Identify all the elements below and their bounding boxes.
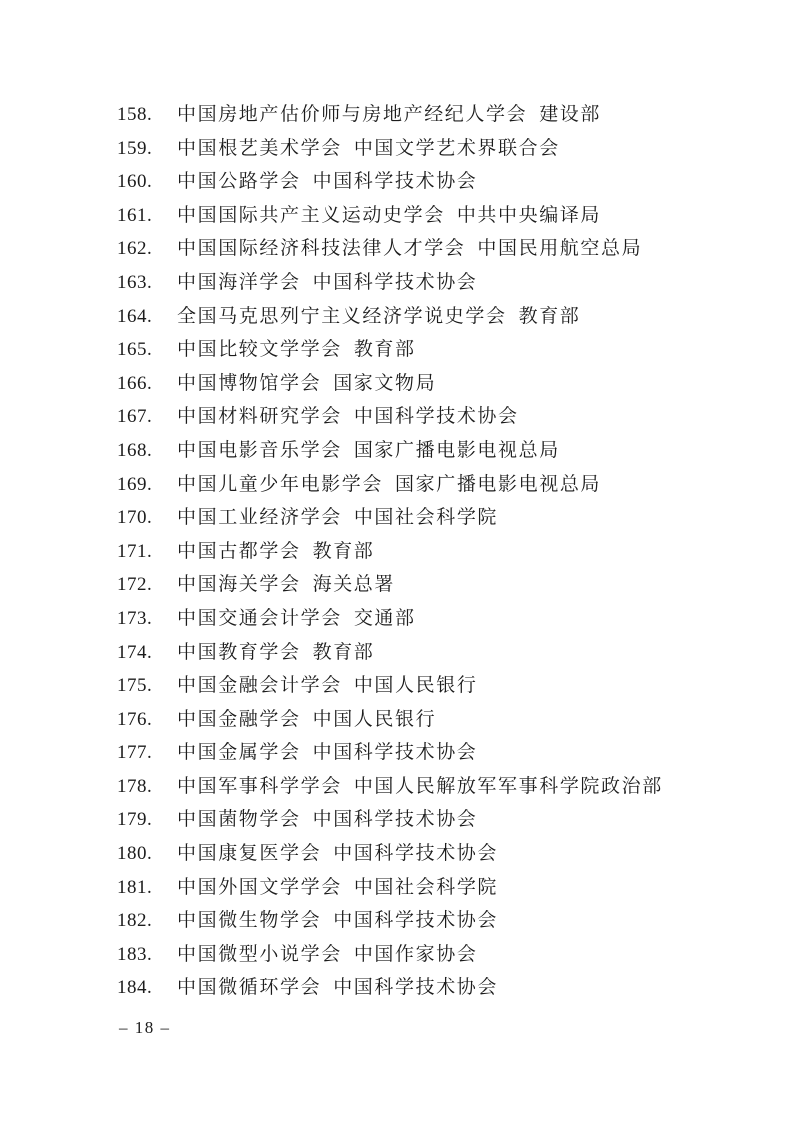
item-text: 中国教育学会教育部 [177, 636, 374, 670]
authority-name: 中国科学技术协会 [354, 406, 519, 427]
item-text: 中国比较文学学会教育部 [177, 333, 416, 367]
list-item: 163. 中国海洋学会中国科学技术协会 [117, 266, 663, 300]
authority-name: 国家广播电影电视总局 [354, 440, 560, 461]
item-text: 中国微型小说学会中国作家协会 [177, 938, 477, 972]
item-text: 中国电影音乐学会国家广播电影电视总局 [177, 434, 560, 468]
authority-name: 教育部 [313, 541, 375, 562]
item-text: 中国房地产估价师与房地产经纪人学会建设部 [177, 98, 601, 132]
authority-name: 中国科学技术协会 [313, 171, 478, 192]
authority-name: 中国民用航空总局 [477, 238, 642, 259]
list-item: 180. 中国康复医学会中国科学技术协会 [117, 837, 663, 871]
item-text: 中国古都学会教育部 [177, 535, 374, 569]
society-name: 中国材料研究学会 [177, 406, 342, 427]
authority-name: 交通部 [354, 608, 416, 629]
list-item: 169. 中国儿童少年电影学会国家广播电影电视总局 [117, 468, 663, 502]
authority-name: 中国作家协会 [354, 944, 478, 965]
item-text: 中国微生物学会中国科学技术协会 [177, 904, 498, 938]
item-text: 中国外国文学学会中国社会科学院 [177, 871, 498, 905]
authority-name: 国家广播电影电视总局 [395, 474, 601, 495]
item-number: 184. [117, 971, 177, 1005]
list-item: 174. 中国教育学会教育部 [117, 636, 663, 670]
item-number: 158. [117, 98, 177, 132]
item-number: 163. [117, 266, 177, 300]
item-text: 中国国际经济科技法律人才学会中国民用航空总局 [177, 232, 642, 266]
society-name: 中国古都学会 [177, 541, 301, 562]
item-number: 183. [117, 938, 177, 972]
item-text: 中国金融学会中国人民银行 [177, 703, 436, 737]
authority-name: 教育部 [354, 339, 416, 360]
authority-name: 中国文学艺术界联合会 [354, 138, 560, 159]
item-text: 中国金融会计学会中国人民银行 [177, 669, 477, 703]
item-text: 中国国际共产主义运动史学会中共中央编译局 [177, 199, 601, 233]
item-number: 162. [117, 232, 177, 266]
item-number: 176. [117, 703, 177, 737]
item-number: 169. [117, 468, 177, 502]
list-item: 173. 中国交通会计学会交通部 [117, 602, 663, 636]
item-number: 161. [117, 199, 177, 233]
item-text: 中国金属学会中国科学技术协会 [177, 736, 477, 770]
item-text: 中国菌物学会中国科学技术协会 [177, 803, 477, 837]
item-number: 167. [117, 400, 177, 434]
society-name: 中国电影音乐学会 [177, 440, 342, 461]
society-name: 中国根艺美术学会 [177, 138, 342, 159]
item-number: 159. [117, 132, 177, 166]
society-name: 中国交通会计学会 [177, 608, 342, 629]
society-name: 中国博物馆学会 [177, 373, 321, 394]
list-item: 164. 全国马克思列宁主义经济学说史学会教育部 [117, 300, 663, 334]
list-item: 166. 中国博物馆学会国家文物局 [117, 367, 663, 401]
list-item: 171. 中国古都学会教育部 [117, 535, 663, 569]
list-item: 160. 中国公路学会中国科学技术协会 [117, 165, 663, 199]
society-name: 中国金属学会 [177, 742, 301, 763]
item-text: 中国儿童少年电影学会国家广播电影电视总局 [177, 468, 601, 502]
item-number: 160. [117, 165, 177, 199]
list-item: 167. 中国材料研究学会中国科学技术协会 [117, 400, 663, 434]
list-item: 172. 中国海关学会海关总署 [117, 568, 663, 602]
society-name: 中国公路学会 [177, 171, 301, 192]
authority-name: 中国社会科学院 [354, 877, 498, 898]
item-text: 中国海关学会海关总署 [177, 568, 395, 602]
page-number: – 18 – [119, 1018, 171, 1037]
item-number: 173. [117, 602, 177, 636]
society-name: 中国海洋学会 [177, 272, 301, 293]
item-text: 中国材料研究学会中国科学技术协会 [177, 400, 519, 434]
list-item: 178. 中国军事科学学会中国人民解放军军事科学院政治部 [117, 770, 663, 804]
item-text: 中国海洋学会中国科学技术协会 [177, 266, 477, 300]
page-footer: – 18 – [119, 1014, 171, 1042]
item-text: 中国公路学会中国科学技术协会 [177, 165, 477, 199]
authority-name: 建设部 [539, 104, 601, 125]
authority-name: 国家文物局 [333, 373, 436, 394]
society-name: 全国马克思列宁主义经济学说史学会 [177, 306, 507, 327]
society-name: 中国外国文学学会 [177, 877, 342, 898]
society-name: 中国金融会计学会 [177, 675, 342, 696]
society-name: 中国比较文学学会 [177, 339, 342, 360]
document-page: 158. 中国房地产估价师与房地产经纪人学会建设部 159. 中国根艺美术学会中… [0, 0, 793, 1122]
society-list: 158. 中国房地产估价师与房地产经纪人学会建设部 159. 中国根艺美术学会中… [117, 98, 663, 1005]
item-number: 170. [117, 501, 177, 535]
item-number: 181. [117, 871, 177, 905]
authority-name: 中国科学技术协会 [333, 843, 498, 864]
item-text: 中国康复医学会中国科学技术协会 [177, 837, 498, 871]
society-name: 中国康复医学会 [177, 843, 321, 864]
society-name: 中国教育学会 [177, 642, 301, 663]
list-item: 175. 中国金融会计学会中国人民银行 [117, 669, 663, 703]
authority-name: 中国科学技术协会 [333, 910, 498, 931]
list-item: 177. 中国金属学会中国科学技术协会 [117, 736, 663, 770]
item-number: 168. [117, 434, 177, 468]
list-item: 181. 中国外国文学学会中国社会科学院 [117, 871, 663, 905]
item-text: 全国马克思列宁主义经济学说史学会教育部 [177, 300, 580, 334]
society-name: 中国菌物学会 [177, 809, 301, 830]
list-item: 184. 中国微循环学会中国科学技术协会 [117, 971, 663, 1005]
society-name: 中国国际经济科技法律人才学会 [177, 238, 465, 259]
society-name: 中国房地产估价师与房地产经纪人学会 [177, 104, 527, 125]
authority-name: 中共中央编译局 [457, 205, 601, 226]
item-number: 177. [117, 736, 177, 770]
authority-name: 中国科学技术协会 [333, 977, 498, 998]
society-name: 中国金融学会 [177, 709, 301, 730]
item-text: 中国军事科学学会中国人民解放军军事科学院政治部 [177, 770, 663, 804]
society-name: 中国工业经济学会 [177, 507, 342, 528]
list-item: 162. 中国国际经济科技法律人才学会中国民用航空总局 [117, 232, 663, 266]
society-name: 中国微型小说学会 [177, 944, 342, 965]
society-name: 中国国际共产主义运动史学会 [177, 205, 445, 226]
list-item: 179. 中国菌物学会中国科学技术协会 [117, 803, 663, 837]
list-item: 176. 中国金融学会中国人民银行 [117, 703, 663, 737]
list-item: 182. 中国微生物学会中国科学技术协会 [117, 904, 663, 938]
society-name: 中国海关学会 [177, 574, 301, 595]
society-name: 中国军事科学学会 [177, 776, 342, 797]
authority-name: 中国科学技术协会 [313, 742, 478, 763]
item-text: 中国交通会计学会交通部 [177, 602, 416, 636]
item-number: 178. [117, 770, 177, 804]
item-text: 中国根艺美术学会中国文学艺术界联合会 [177, 132, 560, 166]
list-item: 168. 中国电影音乐学会国家广播电影电视总局 [117, 434, 663, 468]
item-number: 174. [117, 636, 177, 670]
item-number: 164. [117, 300, 177, 334]
item-text: 中国工业经济学会中国社会科学院 [177, 501, 498, 535]
authority-name: 中国科学技术协会 [313, 809, 478, 830]
item-number: 171. [117, 535, 177, 569]
society-name: 中国微循环学会 [177, 977, 321, 998]
society-name: 中国儿童少年电影学会 [177, 474, 383, 495]
list-item: 170. 中国工业经济学会中国社会科学院 [117, 501, 663, 535]
authority-name: 教育部 [519, 306, 581, 327]
item-number: 180. [117, 837, 177, 871]
item-number: 172. [117, 568, 177, 602]
item-number: 182. [117, 904, 177, 938]
authority-name: 教育部 [313, 642, 375, 663]
list-item: 165. 中国比较文学学会教育部 [117, 333, 663, 367]
item-text: 中国博物馆学会国家文物局 [177, 367, 436, 401]
authority-name: 中国科学技术协会 [313, 272, 478, 293]
authority-name: 中国社会科学院 [354, 507, 498, 528]
item-number: 175. [117, 669, 177, 703]
authority-name: 中国人民银行 [354, 675, 478, 696]
item-text: 中国微循环学会中国科学技术协会 [177, 971, 498, 1005]
list-item: 183. 中国微型小说学会中国作家协会 [117, 938, 663, 972]
item-number: 165. [117, 333, 177, 367]
list-item: 158. 中国房地产估价师与房地产经纪人学会建设部 [117, 98, 663, 132]
authority-name: 中国人民银行 [313, 709, 437, 730]
list-item: 161. 中国国际共产主义运动史学会中共中央编译局 [117, 199, 663, 233]
society-name: 中国微生物学会 [177, 910, 321, 931]
authority-name: 海关总署 [313, 574, 395, 595]
authority-name: 中国人民解放军军事科学院政治部 [354, 776, 663, 797]
item-number: 179. [117, 803, 177, 837]
list-item: 159. 中国根艺美术学会中国文学艺术界联合会 [117, 132, 663, 166]
item-number: 166. [117, 367, 177, 401]
